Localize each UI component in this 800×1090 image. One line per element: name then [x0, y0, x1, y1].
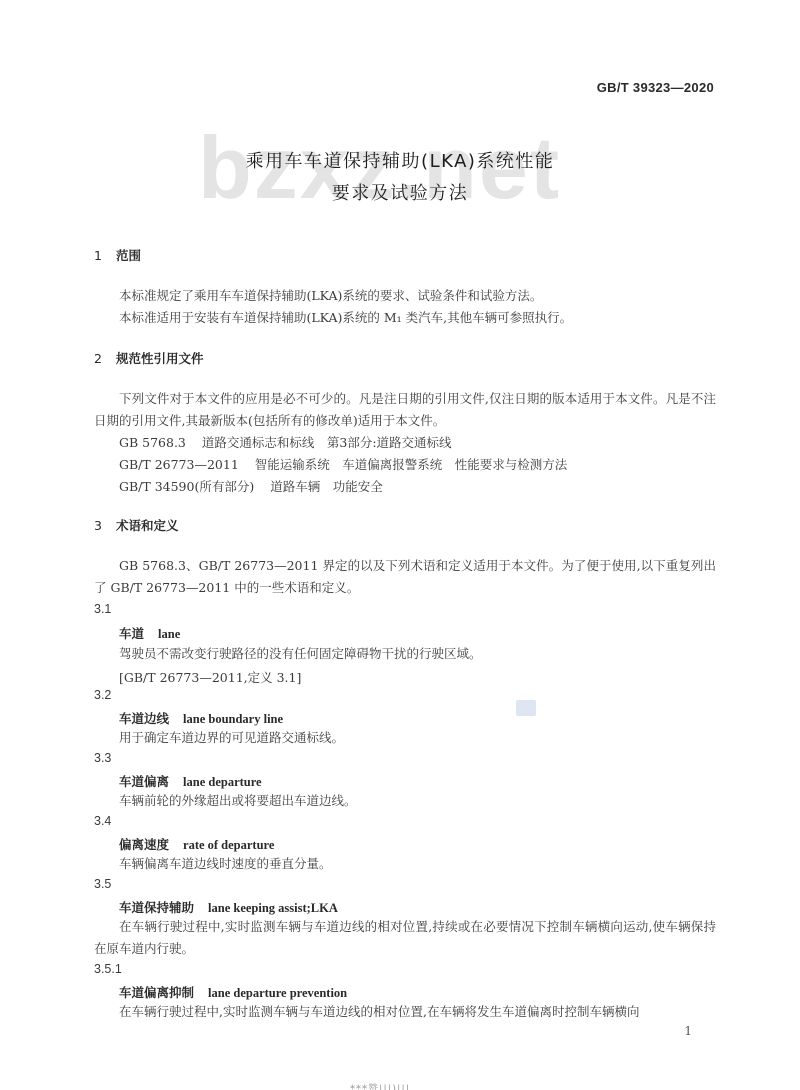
term-zh: 车道偏离	[119, 774, 169, 789]
section-2-heading: 2规范性引用文件	[94, 349, 204, 367]
term-en: rate of departure	[183, 838, 274, 852]
term-zh: 车道	[119, 626, 144, 641]
terms-intro-paragraph: GB 5768.3、GB/T 26773—2011 界定的以及下列术语和定义适用…	[94, 555, 716, 599]
term-en: lane departure	[183, 775, 262, 789]
document-page: GB/T 39323—2020 bzxz.net 乘用车车道保持辅助(LKA)系…	[0, 0, 800, 1090]
term-en: lane departure prevention	[208, 986, 347, 1000]
reference-item: GB/T 34590(所有部分)道路车辆 功能安全	[119, 476, 383, 498]
section-number: 2	[94, 351, 116, 366]
term-number: 3.4	[94, 814, 111, 828]
term-heading: 车道偏离lane departure	[119, 772, 262, 790]
term-heading: 偏离速度rate of departure	[119, 835, 274, 853]
section-number: 1	[94, 248, 116, 263]
reference-code: GB 5768.3	[119, 435, 186, 450]
scope-paragraph-2: 本标准适用于安装有车道保持辅助(LKA)系统的 M₁ 类汽车,其他车辆可参照执行…	[94, 307, 716, 329]
term-en: lane keeping assist;LKA	[208, 901, 338, 915]
term-heading: 车道保持辅助lane keeping assist;LKA	[119, 898, 338, 916]
reference-title: 智能运输系统 车道偏离报警系统 性能要求与检测方法	[255, 457, 568, 472]
title-line-1: 乘用车车道保持辅助(LKA)系统性能	[0, 146, 800, 178]
term-zh: 车道偏离抑制	[119, 985, 194, 1000]
footer-scan-artifact: ***赞|||)|||	[350, 1080, 410, 1090]
reference-code: GB/T 34590(所有部分)	[119, 479, 254, 494]
term-zh: 偏离速度	[119, 837, 169, 852]
section-3-heading: 3术语和定义	[94, 516, 179, 534]
reference-code: GB/T 26773—2011	[119, 457, 239, 472]
term-number: 3.3	[94, 751, 111, 765]
term-heading: 车道lane	[119, 624, 180, 642]
term-number: 3.5	[94, 877, 111, 891]
term-heading: 车道边线lane boundary line	[119, 709, 283, 727]
section-title: 规范性引用文件	[116, 351, 204, 366]
term-zh: 车道保持辅助	[119, 900, 194, 915]
term-definition: 用于确定车道边界的可见道路交通标线。	[94, 727, 716, 749]
term-definition: 驾驶员不需改变行驶路径的没有任何固定障碍物干扰的行驶区域。	[94, 643, 716, 665]
term-en: lane	[158, 627, 180, 641]
term-number: 3.1	[94, 602, 111, 616]
reference-title: 道路车辆 功能安全	[270, 479, 383, 494]
section-title: 术语和定义	[116, 518, 179, 533]
term-number: 3.5.1	[94, 962, 122, 976]
term-definition: 车辆偏离车道边线时速度的垂直分量。	[94, 853, 716, 875]
term-number: 3.2	[94, 688, 111, 702]
section-title: 范围	[116, 248, 141, 263]
reference-item: GB/T 26773—2011智能运输系统 车道偏离报警系统 性能要求与检测方法	[119, 454, 567, 476]
term-definition: 在车辆行驶过程中,实时监测车辆与车道边线的相对位置,在车辆将发生车道偏离时控制车…	[94, 1001, 716, 1023]
standard-code: GB/T 39323—2020	[597, 80, 714, 95]
term-en: lane boundary line	[183, 712, 283, 726]
section-1-heading: 1范围	[94, 246, 141, 264]
term-source: [GB/T 26773—2011,定义 3.1]	[119, 668, 301, 686]
reference-item: GB 5768.3道路交通标志和标线 第3部分:道路交通标线	[119, 432, 452, 454]
document-title: 乘用车车道保持辅助(LKA)系统性能 要求及试验方法	[0, 146, 800, 210]
title-line-2: 要求及试验方法	[0, 178, 800, 210]
reference-title: 道路交通标志和标线 第3部分:道路交通标线	[202, 435, 452, 450]
scope-paragraph-1: 本标准规定了乘用车车道保持辅助(LKA)系统的要求、试验条件和试验方法。	[94, 285, 716, 307]
page-number: 1	[684, 1024, 692, 1038]
term-heading: 车道偏离抑制lane departure prevention	[119, 983, 347, 1001]
term-definition: 车辆前轮的外缘超出或将要超出车道边线。	[94, 790, 716, 812]
section-number: 3	[94, 518, 116, 533]
term-definition: 在车辆行驶过程中,实时监测车辆与车道边线的相对位置,持续或在必要情况下控制车辆横…	[94, 916, 716, 960]
normative-refs-paragraph: 下列文件对于本文件的应用是必不可少的。凡是注日期的引用文件,仅注日期的版本适用于…	[94, 388, 716, 432]
term-zh: 车道边线	[119, 711, 169, 726]
scan-stamp-icon	[516, 700, 536, 716]
